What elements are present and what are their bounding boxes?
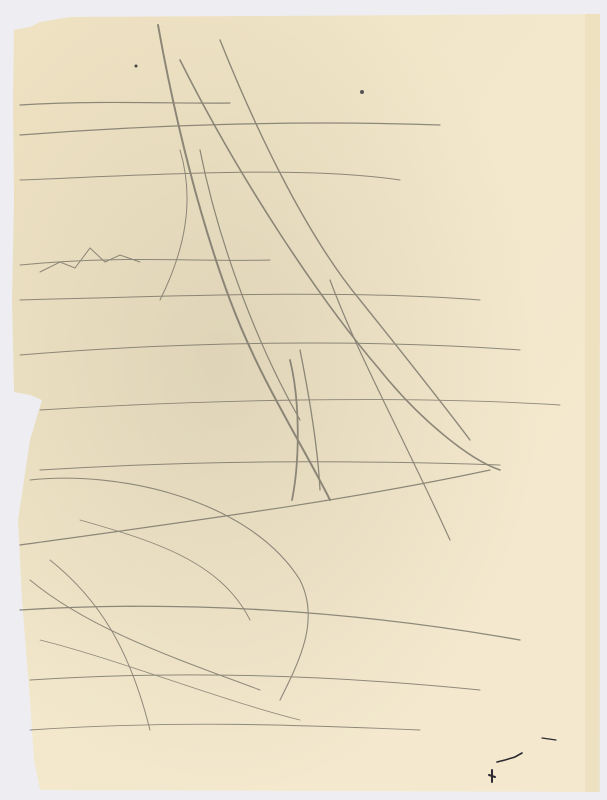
sketch-artwork bbox=[0, 0, 607, 800]
